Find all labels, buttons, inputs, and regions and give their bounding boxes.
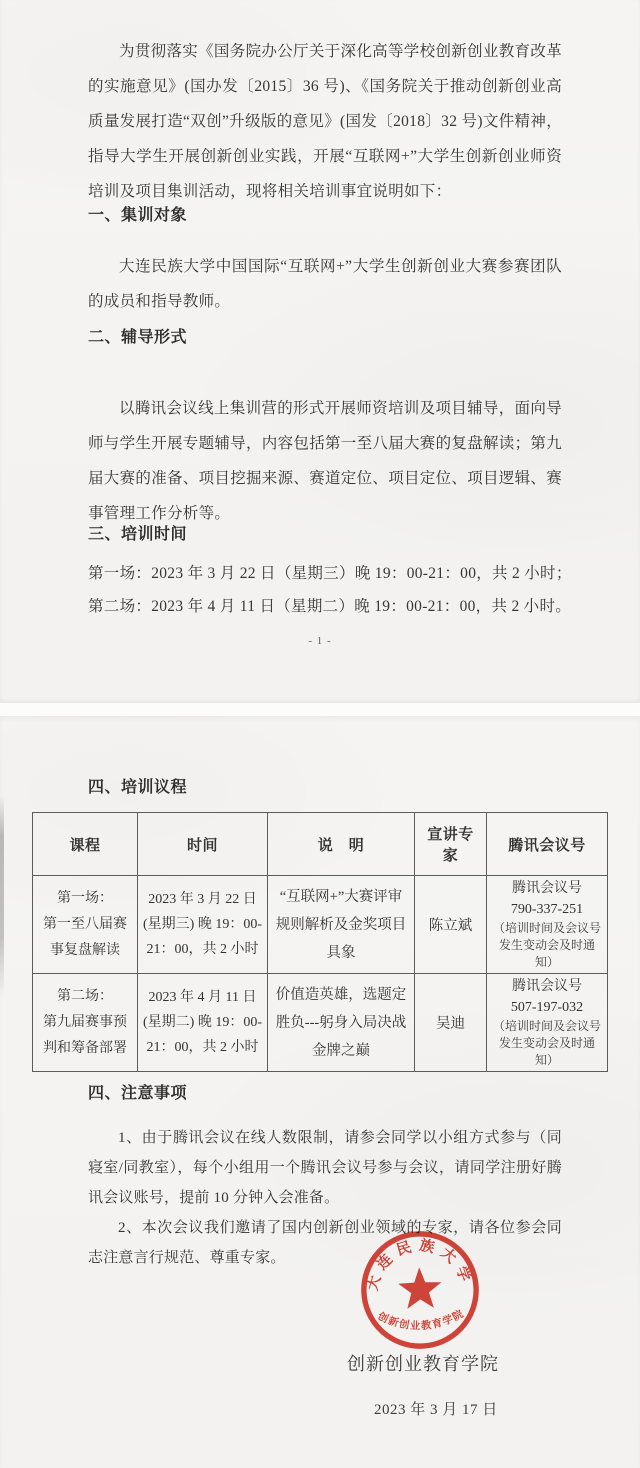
section-body-tutoring-format: 以腾讯会议线上集训营的形式开展师资培训及项目辅导，面向导师与学生开展专题辅导，内… xyxy=(88,391,562,531)
star-icon xyxy=(398,1267,443,1309)
document-date: 2023 年 3 月 17 日 xyxy=(374,1398,498,1419)
meeting-label: 腾讯会议号 xyxy=(492,976,602,997)
scanned-document: 为贯彻落实《国务院办公厅关于深化高等学校创新创业教育改革的实施意见》(国办发〔2… xyxy=(0,0,640,1468)
section-title-notes: 四、注意事项 xyxy=(88,1076,187,1111)
time-cell: 2023 年 3 月 22 日(星期三) 晚 19：00-21：00，共 2 小… xyxy=(138,876,268,974)
description-cell: “互联网+”大赛评审规则解析及金奖项目具象 xyxy=(268,876,415,974)
page-gap xyxy=(0,703,640,716)
training-time-session2: 第二场：2023 年 4 月 11 日（星期二）晚 19：00-21：00，共 … xyxy=(88,590,588,623)
time-cell: 2023 年 4 月 11 日(星期二) 晚 19：00-21：00，共 2 小… xyxy=(138,974,268,1072)
column-header-expert: 宣讲专家 xyxy=(415,813,487,876)
meeting-cell: 腾讯会议号 507-197-032 （培训时间及会议号发生变动会及时通知） xyxy=(487,974,608,1072)
note-item-2: 2、本次会议我们邀请了国内创新创业领域的专家，请各位参会同志注意言行规范、尊重专… xyxy=(88,1213,562,1273)
page-2: 四、培训议程 课程 时间 说 明 宣讲专家 腾讯会议号 第一场： 第一至八届赛事… xyxy=(0,716,640,1468)
training-time-session1: 第一场：2023 年 3 月 22 日（星期三）晚 19：00-21：00，共 … xyxy=(88,557,588,590)
column-header-time: 时间 xyxy=(138,813,268,876)
svg-text:创新创业教育学院: 创新创业教育学院 xyxy=(374,1306,466,1334)
agenda-table: 课程 时间 说 明 宣讲专家 腾讯会议号 第一场： 第一至八届赛事复盘解读 20… xyxy=(32,812,608,1072)
page-1: 为贯彻落实《国务院办公厅关于深化高等学校创新创业教育改革的实施意见》(国办发〔2… xyxy=(0,0,640,703)
meeting-note: （培训时间及会议号发生变动会及时通知） xyxy=(492,1018,602,1069)
section-title-tutoring-format: 二、辅导形式 xyxy=(88,320,187,355)
page-number: - 1 - xyxy=(0,632,640,650)
section-title-training-targets: 一、集训对象 xyxy=(88,198,187,233)
intro-paragraph: 为贯彻落实《国务院办公厅关于深化高等学校创新创业教育改革的实施意见》(国办发〔2… xyxy=(88,34,562,209)
section-title-agenda: 四、培训议程 xyxy=(88,770,187,805)
section-title-training-time: 三、培训时间 xyxy=(88,517,187,552)
section-body-training-targets: 大连民族大学中国国际“互联网+”大学生创新创业大赛参赛团队的成员和指导教师。 xyxy=(88,249,562,319)
seal-department-text: 创新创业教育学院 xyxy=(374,1306,466,1334)
column-header-meeting-id: 腾讯会议号 xyxy=(487,813,608,876)
column-header-description: 说 明 xyxy=(268,813,415,876)
meeting-note: （培训时间及会议号发生变动会及时通知） xyxy=(492,920,602,971)
table-row: 第一场： 第一至八届赛事复盘解读 2023 年 3 月 22 日(星期三) 晚 … xyxy=(33,876,608,974)
expert-cell: 陈立斌 xyxy=(415,876,487,974)
meeting-id: 790-337-251 xyxy=(492,899,602,920)
column-header-course: 课程 xyxy=(33,813,138,876)
meeting-label: 腾讯会议号 xyxy=(492,878,602,899)
table-header-row: 课程 时间 说 明 宣讲专家 腾讯会议号 xyxy=(33,813,608,876)
scan-edge-artifact xyxy=(0,796,4,996)
meeting-cell: 腾讯会议号 790-337-251 （培训时间及会议号发生变动会及时通知） xyxy=(487,876,608,974)
expert-cell: 吴迪 xyxy=(415,974,487,1072)
course-cell: 第一场： 第一至八届赛事复盘解读 xyxy=(33,876,138,974)
course-cell: 第二场： 第九届赛事预判和筹备部署 xyxy=(33,974,138,1072)
note-item-1: 1、由于腾讯会议在线人数限制，请参会同学以小组方式参与（同寝室/同教室），每个小… xyxy=(88,1123,562,1213)
issuing-department-signature: 创新创业教育学院 xyxy=(347,1350,499,1376)
meeting-id: 507-197-032 xyxy=(492,997,602,1018)
table-row: 第二场： 第九届赛事预判和筹备部署 2023 年 4 月 11 日(星期二) 晚… xyxy=(33,974,608,1072)
description-cell: 价值造英雄，选题定胜负---躬身入局决战金牌之巅 xyxy=(268,974,415,1072)
official-seal: 大连民族大学 创新创业教育学院 xyxy=(354,1226,486,1354)
